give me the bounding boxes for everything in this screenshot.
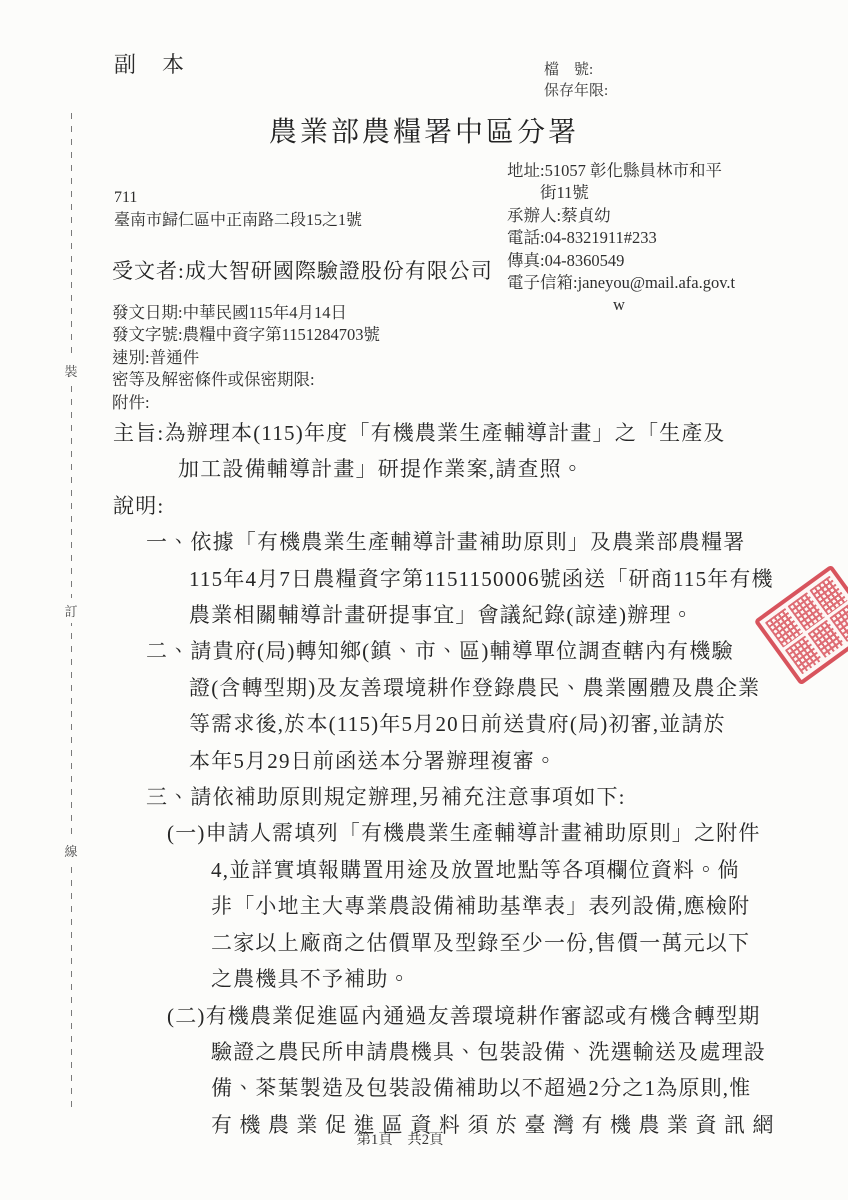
- recipient-line: 受文者:成大智研國際驗證股份有限公司: [112, 255, 493, 285]
- meta-doc-number: 發文字號:農糧中資字第1151284703號: [112, 324, 380, 346]
- body-line: 等需求後,於本(115)年5月20日前送貴府(局)初審,並請於: [189, 706, 800, 742]
- subject-line-2: 加工設備輔導計畫」研提作業案,請查照。: [178, 451, 800, 487]
- body-line: 證(含轉型期)及友善環境耕作登錄農民、農業團體及農企業: [189, 670, 800, 706]
- contact-email-line2: w: [507, 294, 847, 316]
- explanation-label: 說明:: [113, 488, 800, 524]
- document-meta: 發文日期:中華民國115年4月14日 發文字號:農糧中資字第1151284703…: [112, 302, 380, 414]
- body-line: 非「小地主大專業農設備補助基準表」表列設備,應檢附: [211, 888, 800, 924]
- agency-title: 農業部農糧署中區分署: [0, 110, 848, 150]
- recipient-zip-address: 711 臺南市歸仁區中正南路二段15之1號: [114, 186, 362, 232]
- body-line: 農業相關輔導計畫研提事宜」會議紀錄(諒達)辦理。: [189, 597, 800, 633]
- contact-email-line1: 電子信箱:janeyou@mail.afa.gov.t: [507, 272, 847, 294]
- body-line: 之農機具不予補助。: [211, 961, 800, 997]
- subject-text-1: 為辦理本(115)年度「有機農業生產輔導計畫」之「生產及: [164, 421, 725, 445]
- contact-block: 地址:51057 彰化縣員林市和平 街11號 承辦人:蔡貞幼 電話:04-832…: [507, 160, 847, 317]
- body-line: 115年4月7日農糧資字第1151150006號函送「研商115年有機: [189, 561, 800, 597]
- recipient-zip: 711: [114, 186, 362, 209]
- copy-label: 副本: [114, 48, 210, 79]
- retention-label: 保存年限:: [544, 81, 608, 102]
- file-number-label: 檔 號:: [544, 60, 608, 81]
- contact-fax: 傳真:04-8360549: [507, 250, 847, 272]
- body-line: 二家以上廠商之估價單及型錄至少一份,售價一萬元以下: [211, 925, 800, 961]
- file-number-block: 檔 號: 保存年限:: [544, 60, 608, 102]
- binding-mark-zhuang: 裝: [58, 358, 84, 383]
- body-line: 一、依據「有機農業生產輔導計畫補助原則」及農業部農糧署: [146, 524, 800, 560]
- body-line: (一)申請人需填列「有機農業生產輔導計畫補助原則」之附件: [167, 815, 800, 851]
- meta-issue-date: 發文日期:中華民國115年4月14日: [112, 302, 380, 324]
- contact-phone: 電話:04-8321911#233: [507, 227, 847, 249]
- body-line: 二、請貴府(局)轉知鄉(鎮、市、區)輔導單位調查轄內有機驗: [146, 633, 800, 669]
- page-indicator: 第1頁 共2頁: [0, 1128, 800, 1149]
- meta-security: 密等及解密條件或保密期限:: [112, 369, 380, 391]
- contact-handler: 承辦人:蔡貞幼: [507, 205, 847, 227]
- meta-speed: 速別:普通件: [112, 347, 380, 369]
- contact-address-line1: 地址:51057 彰化縣員林市和平: [507, 160, 847, 182]
- subject-line-1: 主旨:為辦理本(115)年度「有機農業生產輔導計畫」之「生產及: [113, 415, 800, 451]
- body-line: 驗證之農民所申請農機具、包裝設備、洗選輸送及處理設: [211, 1034, 800, 1070]
- contact-address-line2: 街11號: [507, 182, 847, 204]
- meta-attachment: 附件:: [112, 392, 380, 414]
- recipient-address: 臺南市歸仁區中正南路二段15之1號: [114, 209, 362, 232]
- body-line: 三、請依補助原則規定辦理,另補充注意事項如下:: [146, 779, 800, 815]
- body-line: 4,並詳實填報購置用途及放置地點等各項欄位資料。倘: [211, 852, 800, 888]
- body-line: 備、茶葉製造及包裝設備補助以不超過2分之1為原則,惟: [211, 1070, 800, 1106]
- official-document-page: 裝 訂 線 副本 檔 號: 保存年限: 農業部農糧署中區分署 地址:51057 …: [0, 0, 848, 1200]
- body-line: (二)有機農業促進區內通過友善環境耕作審認或有機含轉型期: [167, 998, 800, 1034]
- body-line: 本年5月29日前函送本分署辦理複審。: [189, 743, 800, 779]
- subject-label: 主旨:: [113, 421, 164, 445]
- document-body: 主旨:為辦理本(115)年度「有機農業生產輔導計畫」之「生產及 加工設備輔導計畫…: [0, 415, 800, 1143]
